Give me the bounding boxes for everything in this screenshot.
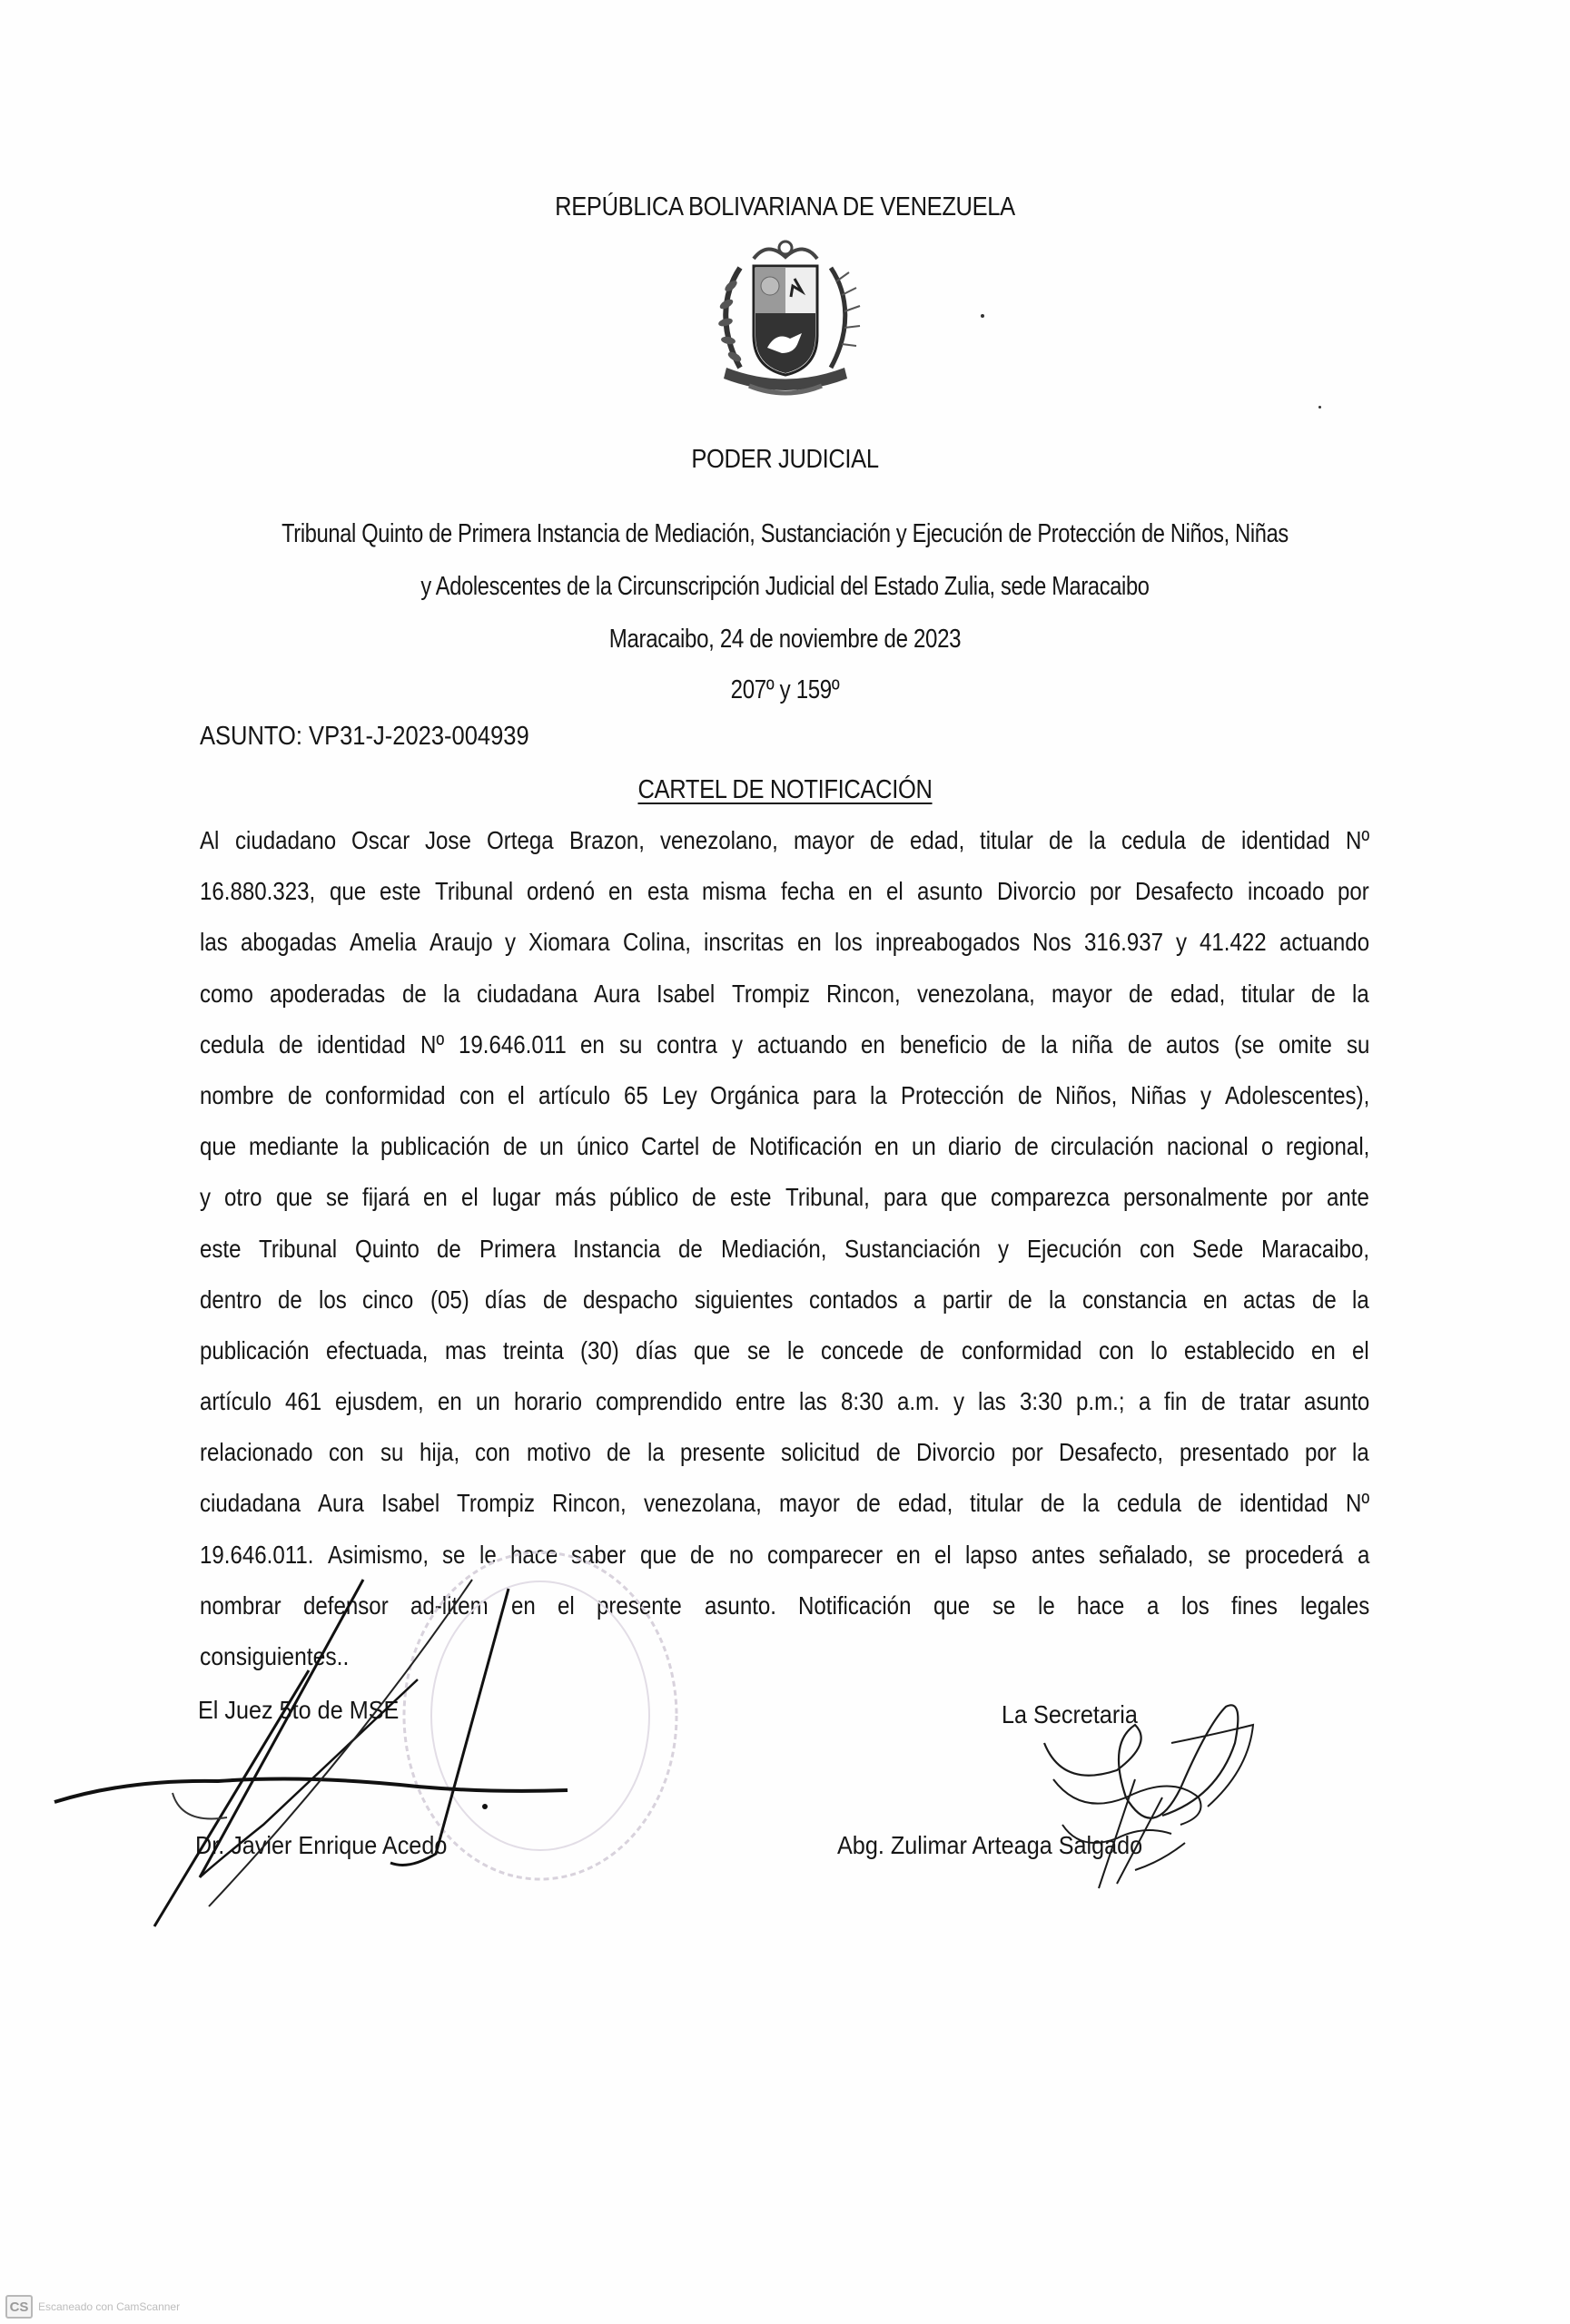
body-word: para xyxy=(813,1070,856,1121)
body-word: en xyxy=(608,866,633,917)
body-word: titular xyxy=(970,1478,1023,1529)
body-word: o xyxy=(1261,1121,1273,1172)
body-word: en xyxy=(1311,1325,1336,1376)
body-line: 16.880.323,queesteTribunalordenóenestami… xyxy=(200,866,1369,917)
body-word: en xyxy=(438,1376,462,1427)
body-word: conformidad xyxy=(962,1325,1082,1376)
body-word: en xyxy=(874,1121,899,1172)
body-word: este xyxy=(200,1224,242,1275)
body-word: la xyxy=(1041,1019,1058,1070)
body-word: las xyxy=(200,917,228,968)
body-word: asunto. xyxy=(705,1581,776,1631)
body-word: identidad xyxy=(1241,815,1330,866)
body-word: de xyxy=(1198,1478,1222,1529)
body-word: y xyxy=(200,1172,211,1223)
body-word: actas xyxy=(1243,1275,1296,1325)
body-word: de xyxy=(920,1325,944,1376)
body-word: el xyxy=(461,1172,479,1223)
body-word: la xyxy=(1049,1275,1066,1325)
court-name-line-2: y Adolescentes de la Circunscripción Jud… xyxy=(145,572,1425,602)
body-word: los xyxy=(1181,1581,1210,1631)
body-word: de xyxy=(1128,1019,1152,1070)
body-word: y xyxy=(998,1224,1009,1275)
body-word: conformidad xyxy=(325,1070,446,1121)
body-word: por xyxy=(1338,866,1369,917)
body-word: de xyxy=(278,1275,302,1325)
body-word: Tribunal xyxy=(435,866,513,917)
body-word: con xyxy=(459,1070,495,1121)
body-word: el xyxy=(508,1070,525,1121)
body-word: Protección xyxy=(901,1070,1004,1121)
body-word: titular xyxy=(980,815,1033,866)
body-word: antes xyxy=(1032,1530,1085,1581)
body-word: de xyxy=(1311,969,1336,1019)
body-word: en xyxy=(797,917,822,968)
body-word: de xyxy=(1002,1019,1026,1070)
body-word: despacho xyxy=(583,1275,677,1325)
body-word: solicitud xyxy=(781,1427,860,1478)
body-line: ceduladeidentidadNº19.646.011ensucontray… xyxy=(200,1019,1369,1070)
body-word: de xyxy=(503,1121,528,1172)
body-line: ciudadanaAuraIsabelTrompizRincon,venezol… xyxy=(200,1478,1369,1529)
body-word: p.m.; xyxy=(1076,1376,1125,1427)
body-word: Desafecto xyxy=(1135,866,1233,917)
body-word: publicación xyxy=(200,1325,309,1376)
body-word: actuando xyxy=(757,1019,847,1070)
body-word: lugar xyxy=(492,1172,541,1223)
body-word: mediante xyxy=(249,1121,339,1172)
body-word: nacional xyxy=(1167,1121,1249,1172)
document-page: REPÚBLICA BOLIVARIANA DE VENEZUELA xyxy=(0,0,1570,2324)
body-word: un xyxy=(539,1121,564,1172)
body-word: mayor xyxy=(1052,969,1112,1019)
body-word: de xyxy=(1201,815,1226,866)
body-word: le xyxy=(787,1325,805,1376)
notice-paragraph: AlciudadanoOscarJoseOrtegaBrazon,venezol… xyxy=(200,815,1369,1682)
body-word: el xyxy=(1352,1325,1369,1376)
body-word: a xyxy=(1139,1376,1150,1427)
body-word: Trompiz xyxy=(732,969,810,1019)
body-word: la xyxy=(1352,969,1369,1019)
body-word: otro xyxy=(224,1172,262,1223)
court-name-line-1: Tribunal Quinto de Primera Instancia de … xyxy=(145,519,1425,549)
body-word: mas xyxy=(445,1325,486,1376)
body-word: su xyxy=(380,1427,403,1478)
body-word: 41.422 xyxy=(1200,917,1267,968)
body-word: se xyxy=(747,1325,770,1376)
body-word: cedula xyxy=(1121,815,1186,866)
body-word: hija, xyxy=(420,1427,459,1478)
body-word: la xyxy=(1082,1478,1100,1529)
body-word: en xyxy=(423,1172,448,1223)
body-word: Tribunal xyxy=(259,1224,337,1275)
body-line: dentrodeloscinco(05)díasdedespachosiguie… xyxy=(200,1275,1369,1325)
body-word: venezolana, xyxy=(917,969,1035,1019)
body-word: la xyxy=(870,1070,887,1121)
body-word: tratar xyxy=(1239,1376,1290,1427)
body-word: y xyxy=(953,1376,964,1427)
body-word: las xyxy=(799,1376,827,1427)
body-word: Trompiz xyxy=(457,1478,535,1529)
body-word: fecha xyxy=(781,866,834,917)
body-word: Adolescentes), xyxy=(1225,1070,1369,1121)
body-word: Nº xyxy=(1346,1478,1369,1529)
notice-body: AlciudadanoOscarJoseOrtegaBrazon,venezol… xyxy=(200,815,1369,1682)
body-word: Niños, xyxy=(1055,1070,1117,1121)
body-word: ante xyxy=(1327,1172,1369,1223)
body-word: artículo xyxy=(538,1070,610,1121)
body-word: Sede xyxy=(1192,1224,1243,1275)
body-line: relacionadoconsuhija,conmotivodelapresen… xyxy=(200,1427,1369,1478)
body-line: comoapoderadasdelaciudadanaAuraIsabelTro… xyxy=(200,969,1369,1019)
scan-speck xyxy=(1318,406,1321,409)
body-line: lasabogadasAmeliaAraujoyXiomaraColina,in… xyxy=(200,917,1369,968)
body-word: en xyxy=(1203,1275,1228,1325)
body-line: AlciudadanoOscarJoseOrtegaBrazon,venezol… xyxy=(200,815,1369,866)
body-word: 16.880.323, xyxy=(200,866,315,917)
judge-signature xyxy=(36,1571,581,1934)
body-word: venezolana, xyxy=(644,1478,762,1529)
body-word: horario xyxy=(514,1376,582,1427)
body-word: ciudadana xyxy=(477,969,578,1019)
body-word: Notificación xyxy=(749,1121,862,1172)
body-word: a.m. xyxy=(897,1376,940,1427)
body-word: que xyxy=(330,866,366,917)
camscanner-text: Escaneado con CamScanner xyxy=(38,2300,180,2313)
body-word: contados xyxy=(809,1275,898,1325)
body-word: diario xyxy=(948,1121,1002,1172)
body-word: días xyxy=(636,1325,677,1376)
body-word: de xyxy=(1312,1275,1337,1325)
body-word: constancia xyxy=(1082,1275,1187,1325)
body-word: la xyxy=(1352,1275,1369,1325)
body-word: lo xyxy=(1150,1325,1168,1376)
body-word: Isabel xyxy=(657,969,715,1019)
body-word: esta xyxy=(647,866,689,917)
body-word: como xyxy=(200,969,253,1019)
body-word: siguientes xyxy=(695,1275,793,1325)
body-word: de xyxy=(1049,815,1073,866)
case-number: ASUNTO: VP31-J-2023-004939 xyxy=(200,722,529,752)
body-word: público xyxy=(609,1172,678,1223)
body-word: edad, xyxy=(910,815,964,866)
body-word: Desafecto, xyxy=(1059,1427,1163,1478)
body-word: la xyxy=(1089,815,1106,866)
body-word: Al xyxy=(200,815,219,866)
body-word: los xyxy=(834,917,863,968)
body-word: de xyxy=(1201,1376,1226,1427)
body-word: cinco xyxy=(362,1275,413,1325)
body-word: su xyxy=(1347,1019,1369,1070)
body-word: circulación xyxy=(1051,1121,1154,1172)
body-word: motivo xyxy=(527,1427,591,1478)
body-word: cedula xyxy=(200,1019,264,1070)
body-word: incoado xyxy=(1248,866,1324,917)
body-word: Aura xyxy=(318,1478,364,1529)
body-word: fijará xyxy=(362,1172,410,1223)
body-word: presente xyxy=(680,1427,765,1478)
body-word: y xyxy=(1200,1070,1211,1121)
body-word: 3:30 xyxy=(1020,1376,1062,1427)
body-word: fin xyxy=(1164,1376,1187,1427)
body-word: un xyxy=(912,1121,936,1172)
body-word: Divorcio xyxy=(916,1427,995,1478)
body-word: este xyxy=(730,1172,772,1223)
body-word: abogadas xyxy=(241,917,337,968)
body-word: de xyxy=(678,1224,703,1275)
body-word: se xyxy=(992,1581,1015,1631)
body-word: hace xyxy=(1077,1581,1124,1631)
body-word: el xyxy=(934,1530,952,1581)
body-word: por xyxy=(1012,1427,1043,1478)
body-word: titular xyxy=(1241,969,1295,1019)
body-word: y xyxy=(732,1019,743,1070)
body-word: 65 xyxy=(624,1070,648,1121)
body-word: más xyxy=(555,1172,596,1223)
body-word: se xyxy=(1208,1530,1230,1581)
body-word: Rincon, xyxy=(552,1478,627,1529)
body-word: de xyxy=(692,1172,716,1223)
body-word: Sustanciación xyxy=(844,1224,981,1275)
body-line: quemediantelapublicacióndeunúnicoCarteld… xyxy=(200,1121,1369,1172)
secretary-signature xyxy=(1026,1689,1262,1897)
body-word: las xyxy=(978,1376,1006,1427)
body-word: Amelia xyxy=(350,917,417,968)
body-word: 316.937 xyxy=(1084,917,1163,968)
body-word: señalado, xyxy=(1099,1530,1193,1581)
body-word: ciudadano xyxy=(235,815,336,866)
body-word: con xyxy=(475,1427,510,1478)
body-word: de xyxy=(279,1019,303,1070)
body-word: con xyxy=(1140,1224,1175,1275)
body-word: los xyxy=(319,1275,347,1325)
body-word: de xyxy=(1018,1070,1042,1121)
body-word: venezolano, xyxy=(660,815,778,866)
body-word: 19.646.011 xyxy=(459,1019,567,1070)
body-word: en xyxy=(896,1530,921,1581)
body-word: a xyxy=(1358,1530,1369,1581)
body-word: Colina, xyxy=(623,917,691,968)
body-word: de xyxy=(1008,1275,1032,1325)
body-word: un xyxy=(476,1376,500,1427)
body-word: (30) xyxy=(580,1325,619,1376)
scan-speck xyxy=(981,314,984,318)
body-word: Nos xyxy=(1032,917,1071,968)
body-word: Maracaibo, xyxy=(1261,1224,1369,1275)
body-word: asunto xyxy=(1304,1376,1369,1427)
camscanner-watermark: CS Escaneado con CamScanner xyxy=(5,2295,180,2319)
body-word: efectuada, xyxy=(326,1325,428,1376)
body-word: no xyxy=(729,1530,754,1581)
body-word: beneficio xyxy=(900,1019,987,1070)
body-word: por xyxy=(1281,1172,1313,1223)
body-word: autos xyxy=(1166,1019,1219,1070)
body-word: Ejecución xyxy=(1027,1224,1121,1275)
body-word: único xyxy=(577,1121,629,1172)
body-word: identidad xyxy=(317,1019,406,1070)
body-word: a xyxy=(913,1275,925,1325)
body-word: Ortega xyxy=(487,815,554,866)
body-word: legales xyxy=(1300,1581,1369,1631)
body-word: Brazon, xyxy=(569,815,645,866)
body-word: edad, xyxy=(1170,969,1225,1019)
body-word: de xyxy=(437,1224,461,1275)
body-word: ciudadana xyxy=(200,1478,301,1529)
body-word: con xyxy=(329,1427,364,1478)
body-word: treinta xyxy=(503,1325,564,1376)
body-word: la xyxy=(351,1121,369,1172)
body-word: 461 xyxy=(285,1376,321,1427)
body-word: Quinto xyxy=(355,1224,420,1275)
body-word: Instancia xyxy=(573,1224,660,1275)
body-word: (05) xyxy=(430,1275,469,1325)
body-word: Rincon, xyxy=(826,969,901,1019)
body-word: de xyxy=(690,1530,715,1581)
body-word: en xyxy=(580,1019,605,1070)
body-line: artículo461ejusdem,enunhorariocomprendid… xyxy=(200,1376,1369,1427)
body-word: en xyxy=(861,1019,885,1070)
body-word: de xyxy=(402,969,427,1019)
country-heading: REPÚBLICA BOLIVARIANA DE VENEZUELA xyxy=(94,192,1476,222)
body-word: cedula xyxy=(1117,1478,1181,1529)
body-word: (se xyxy=(1234,1019,1264,1070)
body-word: comprendido xyxy=(596,1376,722,1427)
body-word: Divorcio xyxy=(997,866,1076,917)
body-word: Cartel xyxy=(641,1121,699,1172)
body-word: por xyxy=(1090,866,1121,917)
body-word: fines xyxy=(1231,1581,1278,1631)
camscanner-logo-icon: CS xyxy=(5,2295,33,2319)
body-word: identidad xyxy=(1239,1478,1328,1529)
body-word: de xyxy=(607,1427,631,1478)
body-word: establecido xyxy=(1184,1325,1295,1376)
body-word: a xyxy=(1147,1581,1159,1631)
body-word: ordenó xyxy=(527,866,595,917)
body-word: artículo xyxy=(200,1376,272,1427)
body-word: Nº xyxy=(420,1019,444,1070)
body-word: que xyxy=(200,1121,236,1172)
body-word: procederá xyxy=(1245,1530,1343,1581)
body-word: Nº xyxy=(1346,815,1369,866)
body-word: de xyxy=(543,1275,568,1325)
body-word: inscritas xyxy=(704,917,784,968)
body-word: la xyxy=(1352,1427,1369,1478)
body-word: días xyxy=(485,1275,527,1325)
body-word: de xyxy=(856,1478,881,1529)
body-word: de xyxy=(1041,1478,1065,1529)
body-word: la xyxy=(647,1427,665,1478)
body-word: de xyxy=(1014,1121,1039,1172)
body-word: edad, xyxy=(898,1478,953,1529)
body-word: su xyxy=(619,1019,642,1070)
body-word: Ley xyxy=(662,1070,697,1121)
body-word: este xyxy=(380,866,421,917)
body-line: esteTribunalQuintodePrimeraInstanciadeMe… xyxy=(200,1224,1369,1275)
body-word: Primera xyxy=(479,1224,556,1275)
body-line: yotroquesefijaráenellugarmáspúblicodeest… xyxy=(200,1172,1369,1223)
body-word: mayor xyxy=(794,815,854,866)
body-word: y xyxy=(505,917,516,968)
body-word: asunto xyxy=(917,866,982,917)
body-word: Orgánica xyxy=(710,1070,799,1121)
body-word: Isabel xyxy=(381,1478,439,1529)
body-word: misma xyxy=(702,866,766,917)
notice-title-wrap: CARTEL DE NOTIFICACIÓN xyxy=(94,775,1476,805)
body-word: partir xyxy=(943,1275,992,1325)
place-and-date: Maracaibo, 24 de noviembre de 2023 xyxy=(133,625,1437,655)
body-word: presentado xyxy=(1180,1427,1289,1478)
body-word: niña xyxy=(1071,1019,1113,1070)
body-word: que xyxy=(941,1172,977,1223)
body-word: de xyxy=(876,1427,901,1478)
independence-years: 207º y 159º xyxy=(133,675,1437,705)
body-word: por xyxy=(1305,1427,1337,1478)
body-word: actuando xyxy=(1279,917,1369,968)
body-word: comparecer xyxy=(767,1530,883,1581)
body-word: nombre xyxy=(200,1070,274,1121)
body-word: entre xyxy=(736,1376,785,1427)
body-word: el xyxy=(886,866,903,917)
body-word: Niñas xyxy=(1131,1070,1187,1121)
body-word: de xyxy=(870,815,894,866)
body-word: dentro xyxy=(200,1275,262,1325)
body-word: ejusdem, xyxy=(335,1376,424,1427)
body-word: Tribunal, xyxy=(785,1172,870,1223)
body-word: que xyxy=(276,1172,312,1223)
body-word: apoderadas xyxy=(270,969,385,1019)
body-word: en xyxy=(848,866,873,917)
body-word: Xiomara xyxy=(528,917,610,968)
body-word: le xyxy=(1038,1581,1055,1631)
body-word: de xyxy=(712,1121,736,1172)
body-word: Aura xyxy=(594,969,640,1019)
body-word: relacionado xyxy=(200,1427,313,1478)
body-word: la xyxy=(443,969,460,1019)
body-word: lapso xyxy=(965,1530,1018,1581)
body-word: Oscar xyxy=(351,815,410,866)
body-line: publicaciónefectuada,mastreinta(30)díasq… xyxy=(200,1325,1369,1376)
body-word: comparezca xyxy=(991,1172,1110,1223)
body-word: con xyxy=(1099,1325,1134,1376)
body-word: 8:30 xyxy=(841,1376,884,1427)
body-word: que xyxy=(933,1581,970,1631)
body-word: publicación xyxy=(380,1121,489,1172)
body-word: Notificación xyxy=(798,1581,911,1631)
body-word: de xyxy=(288,1070,312,1121)
body-word: de xyxy=(1129,969,1153,1019)
body-word: que xyxy=(694,1325,730,1376)
body-word: y xyxy=(1176,917,1187,968)
branch-heading: PODER JUDICIAL xyxy=(94,445,1476,475)
body-word: regional, xyxy=(1286,1121,1369,1172)
body-word: mayor xyxy=(779,1478,840,1529)
body-word: Mediación, xyxy=(721,1224,826,1275)
coat-of-arms-icon xyxy=(704,231,867,404)
notice-title: CARTEL DE NOTIFICACIÓN xyxy=(637,775,932,804)
body-line: nombredeconformidadconelartículo65LeyOrg… xyxy=(200,1070,1369,1121)
body-word: concede xyxy=(821,1325,903,1376)
body-word: se xyxy=(326,1172,349,1223)
body-word: inpreabogados xyxy=(875,917,1020,968)
body-word: Araujo xyxy=(430,917,493,968)
body-word: personalmente xyxy=(1123,1172,1268,1223)
body-word: omite xyxy=(1279,1019,1332,1070)
body-word: Jose xyxy=(425,815,471,866)
body-word: contra xyxy=(657,1019,717,1070)
body-word: para xyxy=(884,1172,927,1223)
